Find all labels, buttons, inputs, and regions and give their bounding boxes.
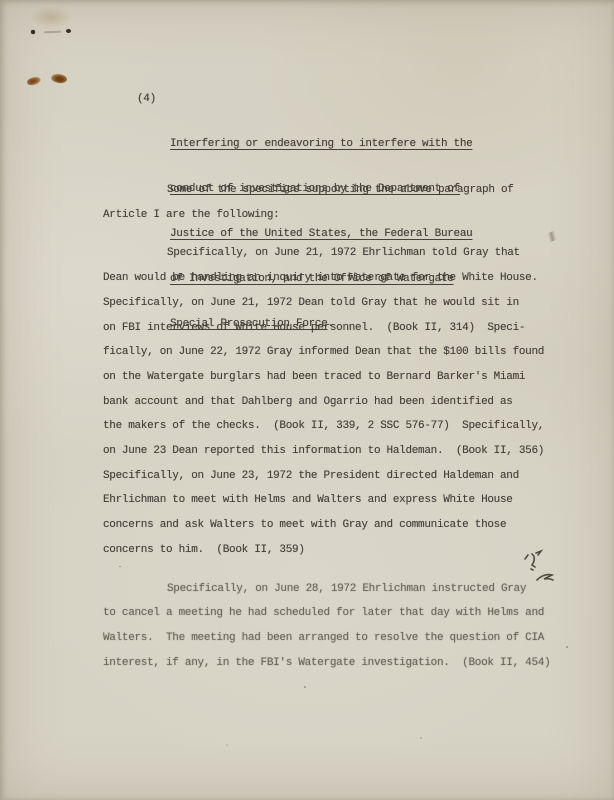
text-line: interest, if any, in the FBI's Watergate… — [103, 651, 550, 676]
text-line: bank account and that Dahlberg and Ogarr… — [103, 390, 550, 415]
rust-spot — [50, 73, 67, 84]
ink-dot — [66, 29, 71, 33]
paper-speck — [226, 744, 228, 746]
text-line: Some of the specifics supporting the abo… — [103, 178, 550, 203]
text-line: Walters. The meeting had been arranged t… — [103, 626, 550, 651]
text-line: to cancel a meeting he had scheduled for… — [103, 601, 550, 626]
text-line: on the Watergate burglars had been trace… — [103, 365, 550, 390]
stain-smudge — [30, 6, 72, 28]
text-line: the makers of the checks. (Book II, 339,… — [103, 414, 550, 439]
heading-line: Interfering or endeavoring to interfere … — [170, 137, 472, 152]
text-line: on June 23 Dean reported this informatio… — [103, 439, 550, 464]
text-line: Specifically, on June 21, 1972 Ehrlichma… — [103, 241, 550, 266]
text-line: Specifically, on June 21, 1972 Dean told… — [103, 291, 550, 316]
text-line: Specifically, on June 23, 1972 the Presi… — [103, 464, 550, 489]
text-line: concerns to him. (Book II, 359) — [103, 538, 550, 563]
text-line: Ehrlichman to meet with Helms and Walter… — [103, 488, 550, 513]
text-line: Article I are the following: — [103, 203, 550, 228]
text-line: Specifically, on June 28, 1972 Ehrlichma… — [103, 577, 550, 602]
body-text: Some of the specifics supporting the abo… — [103, 178, 550, 675]
rust-spot — [26, 75, 42, 86]
faint-dash — [44, 31, 61, 34]
heading-number: (4) — [137, 92, 156, 107]
ink-dot — [31, 30, 35, 34]
text-line: on FBI interviews of White House personn… — [103, 316, 550, 341]
paper-speck — [304, 686, 306, 688]
paper-speck — [420, 737, 422, 739]
text-line: concerns and ask Walters to meet with Gr… — [103, 513, 550, 538]
text-line: fically, on June 22, 1972 Gray informed … — [103, 340, 550, 365]
text-line: Dean would be handling an inquiry into W… — [103, 266, 550, 291]
paper-speck — [566, 646, 568, 648]
document-page: (4) Interfering or endeavoring to interf… — [0, 0, 614, 800]
